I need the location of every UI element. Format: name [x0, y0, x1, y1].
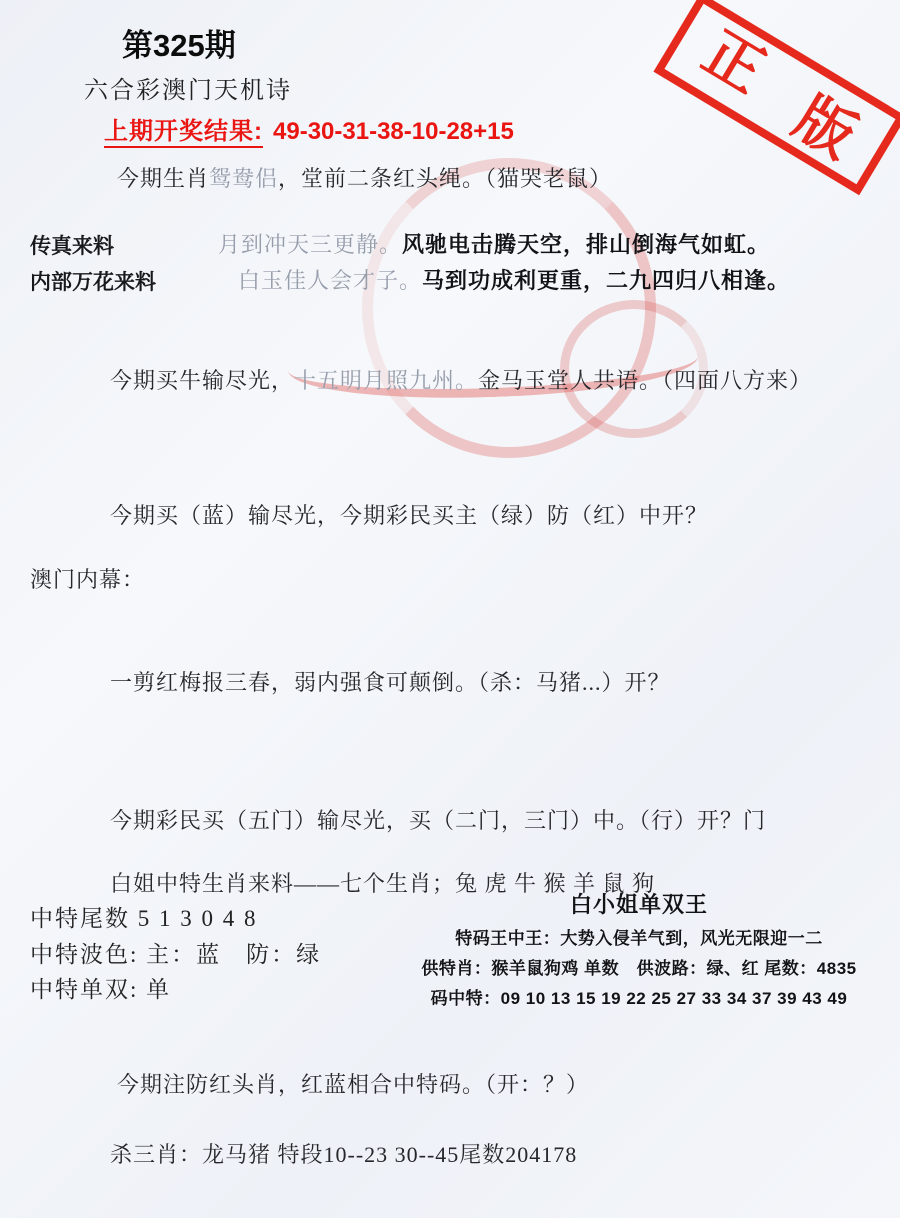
fax-faded-text: 月到冲天三更静。 [218, 232, 402, 257]
kill-three-zodiac-line: 杀三肖：龙马猪 特段10--23 30--45尾数204178 [110, 1138, 577, 1169]
genuine-stamp: 正 版 [653, 0, 900, 195]
poem-zodiac-line: 今期生肖鸳鸯侣，堂前二条红头绳。（猫哭老鼠） [117, 162, 612, 193]
stamp-char-right: 版 [785, 88, 865, 168]
lottery-tip-sheet: 第325期 六合彩澳门天机诗 上期开奖结果:49-30-31-38-10-28+… [0, 0, 900, 1218]
buy-ox-rest: 金马玉堂人共语。（四面八方来） [478, 368, 812, 393]
poem-five-doors-line: 今期彩民买（五门）输尽光，买（二门，三门）中。（行）开？门 [110, 804, 766, 835]
internal-source-content: 白玉佳人会才子。马到功成利更重，二九四归八相逢。 [238, 264, 790, 295]
code-hits-line: 码中特：09 10 13 15 19 22 25 27 33 34 37 39 … [398, 984, 880, 1009]
last-result-label: 上期开奖结果: [104, 118, 263, 148]
fax-strong-text: 风驰电击腾天空，排山倒海气如虹。 [402, 232, 770, 257]
macau-insider-label: 澳门内幕： [30, 563, 145, 594]
supply-zodiac-line: 供特肖：猴羊鼠狗鸡 单数 供波路：绿、红 尾数：4835 [398, 954, 880, 979]
issue-title: 第325期 [122, 20, 236, 65]
internal-source-label: 内部万花来料 [30, 266, 156, 296]
miss-bai-panel: 白小姐单双王 特码王中王：大势入侵羊气到，风光无限迎一二 供特肖：猴羊鼠狗鸡 单… [398, 888, 880, 1009]
last-result-numbers: 49-30-31-38-10-28+15 [273, 118, 514, 145]
poem-blue-line: 今期买（蓝）输尽光，今期彩民买主（绿）防（红）中开？ [110, 499, 708, 530]
buy-ox-prefix: 今期买牛输尽光， [110, 368, 294, 393]
internal-faded-text: 白玉佳人会才子。 [238, 268, 422, 293]
page-subtitle: 六合彩澳门天机诗 [84, 70, 292, 105]
special-tail-numbers: 中特尾数 5 1 3 0 4 8 [30, 900, 258, 933]
poem-zodiac-rest: ，堂前二条红头绳。（猫哭老鼠） [278, 166, 612, 191]
poem-zodiac-prefix: 今期生肖 [117, 166, 209, 191]
miss-bai-panel-title: 白小姐单双王 [398, 888, 880, 919]
stamp-char-left: 正 [694, 23, 774, 103]
special-code-king-line: 特码王中王：大势入侵羊气到，风光无限迎一二 [398, 924, 880, 949]
poem-buy-ox-line: 今期买牛输尽光，十五明月照九州。金马玉堂人共语。（四面八方来） [110, 364, 812, 395]
fax-source-label: 传真来料 [30, 230, 114, 260]
poem-plum-line: 一剪红梅报三春，弱内强食可颠倒。（杀：马猪...）开？ [110, 666, 671, 697]
special-odd-even: 中特单双: 单 [30, 971, 171, 1004]
red-head-warning-line: 今期注防红头肖，红蓝相合中特码。（开：？） [117, 1068, 589, 1099]
poem-zodiac-faded: 鸳鸯侣 [209, 166, 278, 191]
fax-source-content: 月到冲天三更静。风驰电击腾天空，排山倒海气如虹。 [218, 228, 770, 259]
special-wave-color: 中特波色: 主：蓝 防：绿 [30, 936, 321, 969]
internal-strong-text: 马到功成利更重，二九四归八相逢。 [422, 268, 790, 293]
buy-ox-faded: 十五明月照九州。 [294, 368, 478, 393]
last-result-line: 上期开奖结果:49-30-31-38-10-28+15 [104, 111, 514, 146]
